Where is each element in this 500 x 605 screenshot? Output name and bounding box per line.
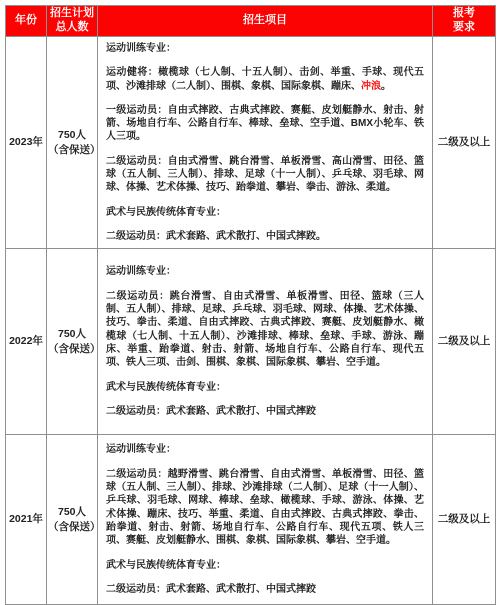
table-row: 2023年750人（含保送）运动训练专业：运动健将：橄榄球（七人制、十五人制）、… (6, 37, 496, 249)
programs-cell: 运动训练专业：二级运动员：越野滑雪、跳台滑雪、自由式滑雪、单板滑雪、田径、篮球（… (98, 435, 433, 605)
program-text: 。 (381, 81, 391, 92)
program-text: 二级运动员：武术套路、武术散打、中国式摔跤 (106, 406, 316, 417)
program-text: 二级运动员：武术套路、武术散打、中国式摔跤。 (106, 231, 326, 242)
program-text: 运动训练专业： (106, 266, 176, 277)
total-cell: 750人（含保送） (47, 37, 98, 249)
program-paragraph: 二级运动员：武术套路、武术散打、中国式摔跤 (106, 405, 424, 418)
year-cell: 2021年 (6, 435, 47, 605)
total-line: 750人 (48, 505, 96, 520)
program-text: 运动训练专业： (106, 43, 176, 54)
requirement-cell: 二级及以上 (433, 435, 496, 605)
program-paragraph: 武术与民族传统体育专业： (106, 559, 424, 572)
program-text: 二级运动员：武术套路、武术散打、中国式摔跤 (106, 584, 316, 595)
program-text: 武术与民族传统体育专业： (106, 207, 226, 218)
program-text: 武术与民族传统体育专业： (106, 382, 226, 393)
table-row: 2022年750人（含保送）运动训练专业：二级运动员：跳台滑雪、自由式滑雪、单板… (6, 249, 496, 435)
program-paragraph: 二级运动员：越野滑雪、跳台滑雪、自由式滑雪、单板滑雪、田径、篮球（五人制、三人制… (106, 468, 424, 548)
program-paragraph: 武术与民族传统体育专业： (106, 206, 424, 219)
table-row: 2021年750人（含保送）运动训练专业：二级运动员：越野滑雪、跳台滑雪、自由式… (6, 435, 496, 605)
table-body: 2023年750人（含保送）运动训练专业：运动健将：橄榄球（七人制、十五人制）、… (6, 37, 496, 605)
total-line: 750人 (48, 128, 96, 143)
program-text: 运动训练专业： (106, 444, 176, 455)
program-paragraph: 运动训练专业： (106, 443, 424, 456)
header-row: 年份 招生计划 总人数 招生项目 报考 要求 (6, 6, 496, 37)
header-total-line1: 招生计划 (47, 7, 97, 21)
highlighted-sport: 冲浪 (361, 81, 381, 92)
table-header: 年份 招生计划 总人数 招生项目 报考 要求 (6, 6, 496, 37)
total-line: （含保送） (48, 342, 96, 357)
header-year: 年份 (6, 6, 47, 37)
program-text: 二级运动员：自由式滑雪、跳台滑雪、单板滑雪、高山滑雪、田径、篮球（五人制、三人制… (106, 156, 424, 194)
year-cell: 2022年 (6, 249, 47, 435)
total-line: 750人 (48, 327, 96, 342)
header-requirement-line2: 要求 (433, 21, 495, 35)
program-paragraph: 二级运动员：武术套路、武术散打、中国式摔跤。 (106, 230, 424, 243)
year-cell: 2023年 (6, 37, 47, 249)
program-paragraph: 运动训练专业： (106, 42, 424, 55)
programs-cell: 运动训练专业：二级运动员：跳台滑雪、自由式滑雪、单板滑雪、田径、篮球（三人制、五… (98, 249, 433, 435)
header-total-line2: 总人数 (47, 21, 97, 35)
program-text: 二级运动员：越野滑雪、跳台滑雪、自由式滑雪、单板滑雪、田径、篮球（五人制、三人制… (106, 469, 424, 546)
enrollment-table: 年份 招生计划 总人数 招生项目 报考 要求 2023年750人（含保送）运动训… (5, 5, 496, 605)
total-cell: 750人（含保送） (47, 435, 98, 605)
program-paragraph: 二级运动员：武术套路、武术散打、中国式摔跤 (106, 583, 424, 596)
program-paragraph: 运动健将：橄榄球（七人制、十五人制）、击剑、举重、手球、现代五项、沙滩排球（二人… (106, 66, 424, 93)
requirement-cell: 二级及以上 (433, 249, 496, 435)
total-line: （含保送） (48, 520, 96, 535)
programs-cell: 运动训练专业：运动健将：橄榄球（七人制、十五人制）、击剑、举重、手球、现代五项、… (98, 37, 433, 249)
header-programs: 招生项目 (98, 6, 433, 37)
header-requirement: 报考 要求 (433, 6, 496, 37)
total-cell: 750人（含保送） (47, 249, 98, 435)
program-text: 武术与民族传统体育专业： (106, 560, 226, 571)
program-paragraph: 运动训练专业： (106, 265, 424, 278)
program-text: 一级运动员：自由式摔跤、古典式摔跤、赛艇、皮划艇静水、射击、射箭、场地自行车、公… (106, 105, 424, 143)
requirement-cell: 二级及以上 (433, 37, 496, 249)
program-text: 二级运动员：跳台滑雪、自由式滑雪、单板滑雪、田径、篮球（三人制、五人制）、排球、… (106, 291, 424, 368)
program-paragraph: 武术与民族传统体育专业： (106, 381, 424, 394)
header-total: 招生计划 总人数 (47, 6, 98, 37)
program-paragraph: 一级运动员：自由式摔跤、古典式摔跤、赛艇、皮划艇静水、射击、射箭、场地自行车、公… (106, 104, 424, 144)
program-paragraph: 二级运动员：跳台滑雪、自由式滑雪、单板滑雪、田径、篮球（三人制、五人制）、排球、… (106, 290, 424, 370)
program-paragraph: 二级运动员：自由式滑雪、跳台滑雪、单板滑雪、高山滑雪、田径、篮球（五人制、三人制… (106, 155, 424, 195)
total-line: （含保送） (48, 143, 96, 158)
header-requirement-line1: 报考 (433, 7, 495, 21)
